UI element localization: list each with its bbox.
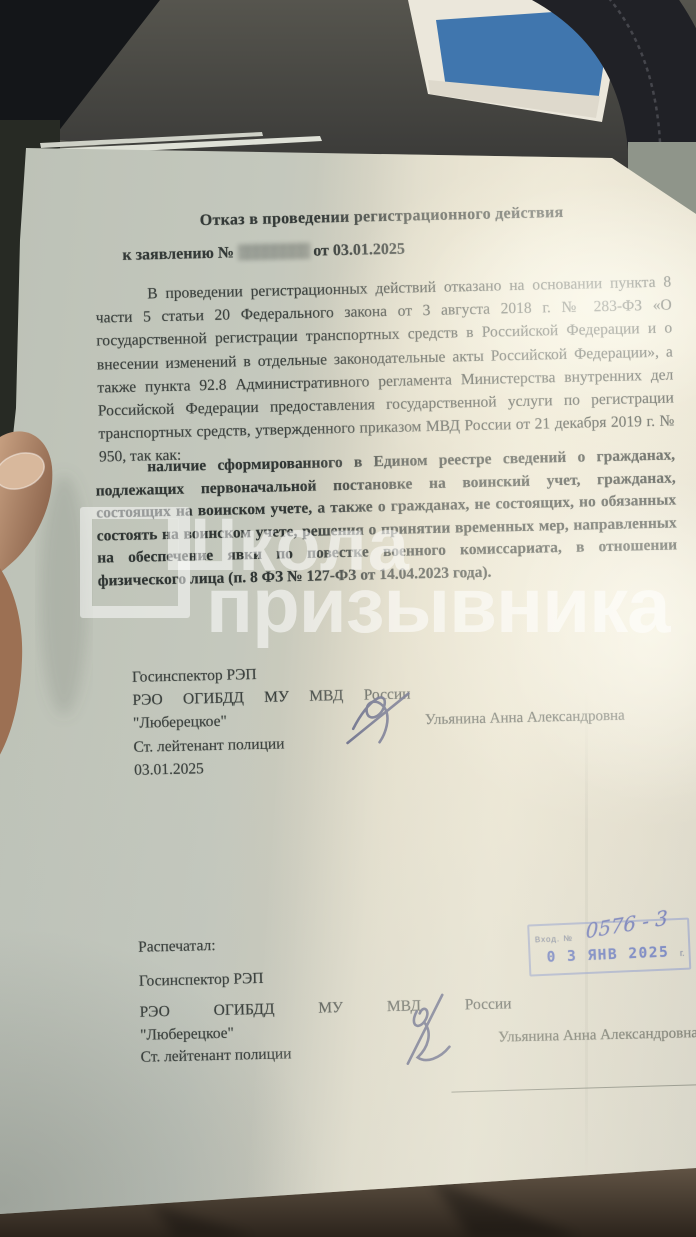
printed-by-rank: Ст. лейтенант полиции — [140, 1045, 291, 1066]
hand-palm-edge — [0, 555, 22, 770]
officer-name-2: Ульянина Анна Александровна — [498, 1025, 696, 1047]
refusal-paragraph: В проведении регистрационных действий от… — [95, 270, 675, 469]
document-content: Отказ в проведении регистрационного дейс… — [30, 135, 696, 1190]
application-line: к заявлению № ▒▒▒▒▒▒▒▒ от 03.01.2025 — [122, 241, 405, 265]
application-number-redacted: ▒▒▒▒▒▒▒▒ — [238, 244, 310, 262]
document-title: Отказ в проведении регистрационного дейс… — [93, 202, 669, 233]
printed-by-label: Распечатал: — [138, 937, 216, 957]
stamp-suffix: г. — [680, 948, 685, 958]
handwritten-signature — [338, 681, 426, 755]
stamp-number: 0576 - 3 — [586, 905, 668, 943]
handwritten-signature-2 — [394, 988, 468, 1078]
stamp-date: 0 3 ЯНВ 2025 — [546, 944, 669, 965]
stamp-label: Вход. № — [535, 934, 573, 945]
grounds-paragraph: наличие сформированного в Едином реестре… — [95, 444, 678, 593]
application-date: от 03.01.2025 — [313, 241, 405, 260]
officer-name: Ульянина Анна Александровна — [425, 708, 625, 730]
application-label: к заявлению № — [122, 244, 234, 264]
printed-by-position: Госинспектор РЭП — [139, 970, 264, 991]
photo-of-document: Отказ в проведении регистрационного дейс… — [0, 0, 696, 1237]
hand-holding-paper — [0, 405, 100, 835]
hand-shadow — [40, 475, 88, 715]
incoming-stamp: Вход. № 0576 - 3 0 3 ЯНВ 2025 г. — [527, 918, 691, 977]
signature-line — [451, 1084, 696, 1093]
